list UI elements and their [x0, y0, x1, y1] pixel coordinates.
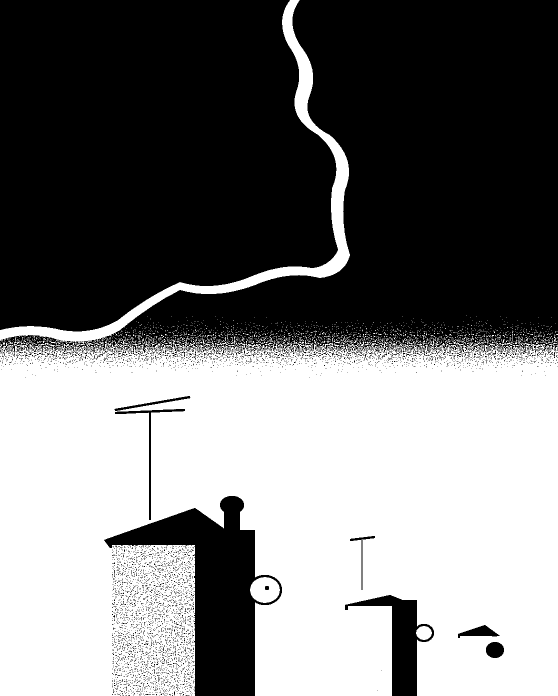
large-chimney: [104, 508, 255, 696]
photo-canvas: [0, 0, 558, 696]
horizon-haze: [0, 540, 558, 580]
dithered-photograph: [0, 0, 558, 696]
